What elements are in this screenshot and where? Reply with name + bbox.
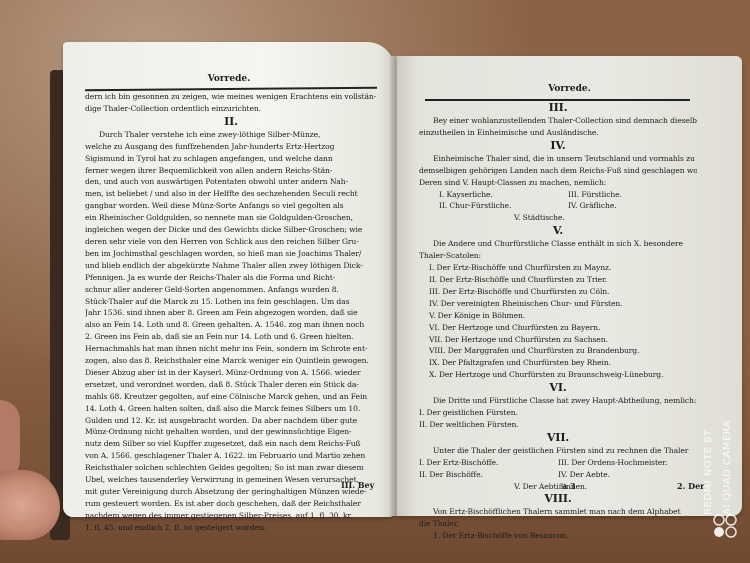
list-item: VIII. Der Marggrafen und Churfürsten zu … <box>419 345 697 357</box>
left-page-body: dern ich bin gesonnen zu zeigen, wie mei… <box>85 91 377 534</box>
class-item: V. Städtische. <box>419 212 697 224</box>
list-item: IV. Der vereinigten Rheinischen Chur- un… <box>419 298 697 310</box>
list-item: V. Der Könige in Böhmen. <box>419 310 697 322</box>
text-line: 2. Green ins Fein ab, daß sie an Fein nu… <box>85 331 377 343</box>
text-line: rum gesteuert worden. Es ist aber doch g… <box>85 498 377 510</box>
text-line: Reichsthaler solchen schlechten Geldes g… <box>85 462 377 474</box>
list-item: I. Der Ertz-Bischöffe und Churfürsten zu… <box>419 262 697 274</box>
text-line: Deren sind V. Haupt-Classen zu machen, n… <box>419 177 697 189</box>
class-item: II. Der Bischöffe. <box>419 469 558 481</box>
catchword: 2. Der <box>677 481 704 491</box>
class-item: V. Der Aebtißinnen. <box>419 481 697 493</box>
section-numeral: IV. <box>419 139 697 153</box>
text-line: Sigismund in Tyrol hat zu schlagen angef… <box>85 153 377 165</box>
text-line: Bey einer wohlanzustellenden Thaler-Coll… <box>419 115 697 127</box>
class-list-row: II. Der Bischöffe. IV. Der Aebte. <box>419 469 697 481</box>
text-line: gangbar worden. Weil diese Münz-Sorte An… <box>85 200 377 212</box>
watermark-line-1: REDMI NOTE 8T <box>703 405 714 515</box>
section-numeral: V. <box>419 224 697 238</box>
text-line: Die Dritte und Fürstliche Classe hat zwe… <box>419 395 697 407</box>
text-line: demselbigen gehörigen Landen nach dem Re… <box>419 165 697 177</box>
right-page: Vorrede. III. Bey einer wohlanzustellend… <box>397 56 742 516</box>
text-line: mahls 68. Kreutzer gegolten, auf eine Cö… <box>85 391 377 403</box>
text-line: Hernachmahls hat man ihnen nicht mehr in… <box>85 343 377 355</box>
class-item: III. Der Ordens-Hochmeister. <box>558 457 697 469</box>
text-line: Von Ertz-Bischöfflichen Thalern sammlet … <box>419 506 697 518</box>
text-line: ingleichen wegen der Dicke und des Gewic… <box>85 224 377 236</box>
text-line: die Thaler, <box>419 518 697 530</box>
text-line: also an Fein 14. Loth und 8. Green gehal… <box>85 319 377 331</box>
class-item: II. Chur-Fürstliche. <box>439 200 568 212</box>
class-list-row: I. Kayserliche. III. Fürstliche. <box>419 189 697 201</box>
text-line: ein Rheinischer Goldgulden, so nennete m… <box>85 212 377 224</box>
list-item: II. Der weltlichen Fürsten. <box>419 419 697 431</box>
text-line: einzutheilen in Einheimische und Ausländ… <box>419 127 697 139</box>
text-line: mit guter Vereinigung durch Absetzung de… <box>85 486 377 498</box>
section-numeral: VI. <box>419 381 697 395</box>
class-item: I. Der Ertz-Bischöffe. <box>419 457 558 469</box>
text-line: men, ist beliebet / und also in der Helf… <box>85 188 377 200</box>
signature-mark: a 3 <box>562 481 576 491</box>
class-list-row: I. Der Ertz-Bischöffe. III. Der Ordens-H… <box>419 457 697 469</box>
text-line: ferner wegen ihrer Bequemlichkeit von al… <box>85 165 377 177</box>
text-line: Ubel, welches tausenderley Verwirrung in… <box>85 474 377 486</box>
text-line: Thaler-Scatolen: <box>419 250 697 262</box>
text-line: den, und auch von auswärtigen Potentaten… <box>85 176 377 188</box>
text-line: ersetzet, und verordnet worden, daß 8. S… <box>85 379 377 391</box>
text-line: Die Andere und Churfürstliche Classe ent… <box>419 238 697 250</box>
text-line: von A. 1566. geschlagener Thaler A. 1622… <box>85 450 377 462</box>
text-line: schnur aller anderer Geld-Sorten angenom… <box>85 284 377 296</box>
text-line: Einheimische Thaler sind, die in unsern … <box>419 153 697 165</box>
section-numeral: VII. <box>419 431 697 445</box>
list-item: II. Der Ertz-Bischöffe und Churfürsten z… <box>419 274 697 286</box>
text-line: Jahr 1536. sind ihnen aber 8. Green am F… <box>85 307 377 319</box>
text-line: und blieb endlich der abgekürzte Nahme T… <box>85 260 377 272</box>
class-item: III. Fürstliche. <box>568 189 697 201</box>
list-item: VI. Der Hertzoge und Churfürsten zu Baye… <box>419 322 697 334</box>
section-numeral: VIII. <box>419 492 697 506</box>
text-line: Pfennigen. Ja es wurde der Reichs-Thaler… <box>85 272 377 284</box>
text-line: dige Thaler-Collection ordentlich einzur… <box>85 103 377 115</box>
text-line: nutz dem Silber so viel Kupffer zugesetz… <box>85 438 377 450</box>
hand-finger <box>0 400 20 480</box>
section-numeral: III. <box>419 101 697 115</box>
text-line: welche zu Ausgang des funffzehenden Jahr… <box>85 141 377 153</box>
text-line: 1. fl. 45. und endlich 2. fl. ist gestei… <box>85 522 377 534</box>
list-item: III. Der Ertz-Bischöffe und Churfürsten … <box>419 286 697 298</box>
text-line: Stück-Thaler auf die Marck zu 15. Lothen… <box>85 296 377 308</box>
list-item: IX. Der Pfaltzgrafen und Churfürsten bey… <box>419 357 697 369</box>
class-item: I. Kayserliche. <box>439 189 568 201</box>
running-head: Vorrede. <box>63 74 395 84</box>
text-line: Gulden und 12. Kr. ist ausgebracht worde… <box>85 415 377 427</box>
list-item: I. Der geistlichen Fürsten. <box>419 407 697 419</box>
right-page-body: III. Bey einer wohlanzustellenden Thaler… <box>419 101 697 542</box>
watermark-line-2: AI QUAD CAMERA <box>722 405 733 515</box>
text-line: Dieser Abzug aber ist in der Kayserl. Mü… <box>85 367 377 379</box>
text-line: dern ich bin gesonnen zu zeigen, wie mei… <box>85 91 377 103</box>
left-page: Vorrede. dern ich bin gesonnen zu zeigen… <box>63 42 395 517</box>
text-line: zogen, also das 8. Reichsthaler eine Mar… <box>85 355 377 367</box>
class-item: IV. Der Aebte. <box>558 469 697 481</box>
text-line: Münz-Ordnung nicht gehalten worden, und … <box>85 426 377 438</box>
text-line: 14. Loth 4. Green halten solten, daß als… <box>85 403 377 415</box>
list-item: 1. Der Ertz-Bischöffe von Besancon. <box>419 530 697 542</box>
text-line: ben im Jochimsthal geschlagen worden, so… <box>85 248 377 260</box>
list-item: VII. Der Hertzoge und Churfürsten zu Sac… <box>419 334 697 346</box>
list-item: X. Der Hertzoge und Churfürsten zu Braun… <box>419 369 697 381</box>
text-line: deren sehr viele von den Herren von Schl… <box>85 236 377 248</box>
class-list-row: II. Chur-Fürstliche. IV. Gräfliche. <box>419 200 697 212</box>
section-numeral: II. <box>85 115 377 129</box>
catchword: III. Bey <box>341 480 374 490</box>
text-line: nachdem wegen des immer gestiegenen Silb… <box>85 510 377 522</box>
running-head: Vorrede. <box>397 84 742 94</box>
text-line: Unter die Thaler der geistlichen Fürsten… <box>419 445 697 457</box>
camera-logo-icon <box>712 513 738 539</box>
class-item: IV. Gräfliche. <box>568 200 697 212</box>
text-line: Durch Thaler verstehe ich eine zwey-löth… <box>85 129 377 141</box>
